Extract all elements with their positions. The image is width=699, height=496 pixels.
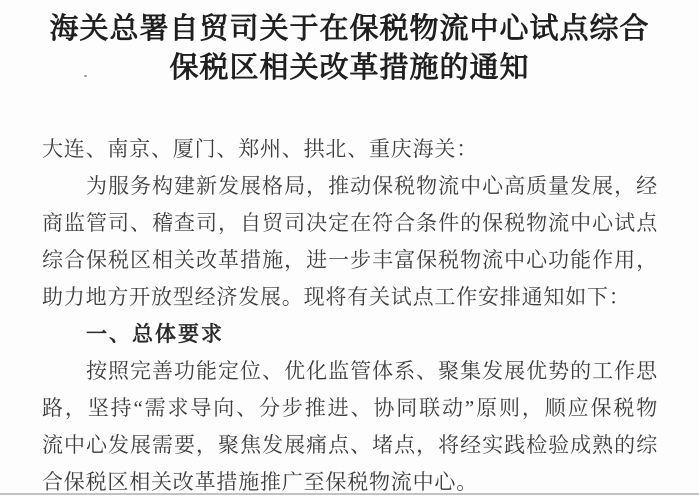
document-title-line: 海关总署自贸司关于在保税物流中心试点综合 xyxy=(0,10,699,49)
paragraph: 大连、南京、厦门、郑州、拱北、重庆海关： xyxy=(42,131,658,168)
document-page: 海关总署自贸司关于在保税物流中心试点综合 保税区相关改革措施的通知 大连、南京、… xyxy=(0,0,699,496)
text-line: 综合保税区相关改革措施，进一步丰富保税物流中心功能作用， xyxy=(42,242,658,279)
text-line: 商监管司、稽查司，自贸司决定在符合条件的保税物流中心试点 xyxy=(42,205,658,242)
text-line: 一、总体要求 xyxy=(42,316,658,353)
paragraph: 为服务构建新发展格局，推动保税物流中心高质量发展，经商监管司、稽查司，自贸司决定… xyxy=(42,168,658,316)
paragraph: 按照完善功能定位、优化监管体系、聚集发展优势的工作思路，坚持“需求导向、分步推进… xyxy=(42,353,658,496)
text-line: 助力地方开放型经济发展。现将有关试点工作安排通知如下： xyxy=(42,279,658,316)
document-body: 大连、南京、厦门、郑州、拱北、重庆海关：为服务构建新发展格局，推动保税物流中心高… xyxy=(42,131,658,496)
document-title-line: 保税区相关改革措施的通知 xyxy=(0,49,699,88)
page-bottom-edge xyxy=(0,493,699,495)
text-line: 大连、南京、厦门、郑州、拱北、重庆海关： xyxy=(42,131,658,168)
text-line: 为服务构建新发展格局，推动保税物流中心高质量发展，经 xyxy=(42,168,658,205)
text-line: 路，坚持“需求导向、分步推进、协同联动”原则，顺应保税物 xyxy=(42,390,658,427)
document-title: 海关总署自贸司关于在保税物流中心试点综合 保税区相关改革措施的通知 xyxy=(0,10,699,88)
text-line: 合保税区相关改革措施推广至保税物流中心。 xyxy=(42,464,658,496)
text-line: 流中心发展需要，聚焦发展痛点、堵点，将经实践检验成熟的综 xyxy=(42,427,658,464)
section-heading: 一、总体要求 xyxy=(42,316,658,353)
text-line: 按照完善功能定位、优化监管体系、聚集发展优势的工作思 xyxy=(42,353,658,390)
scan-artifact-dot xyxy=(84,75,87,77)
